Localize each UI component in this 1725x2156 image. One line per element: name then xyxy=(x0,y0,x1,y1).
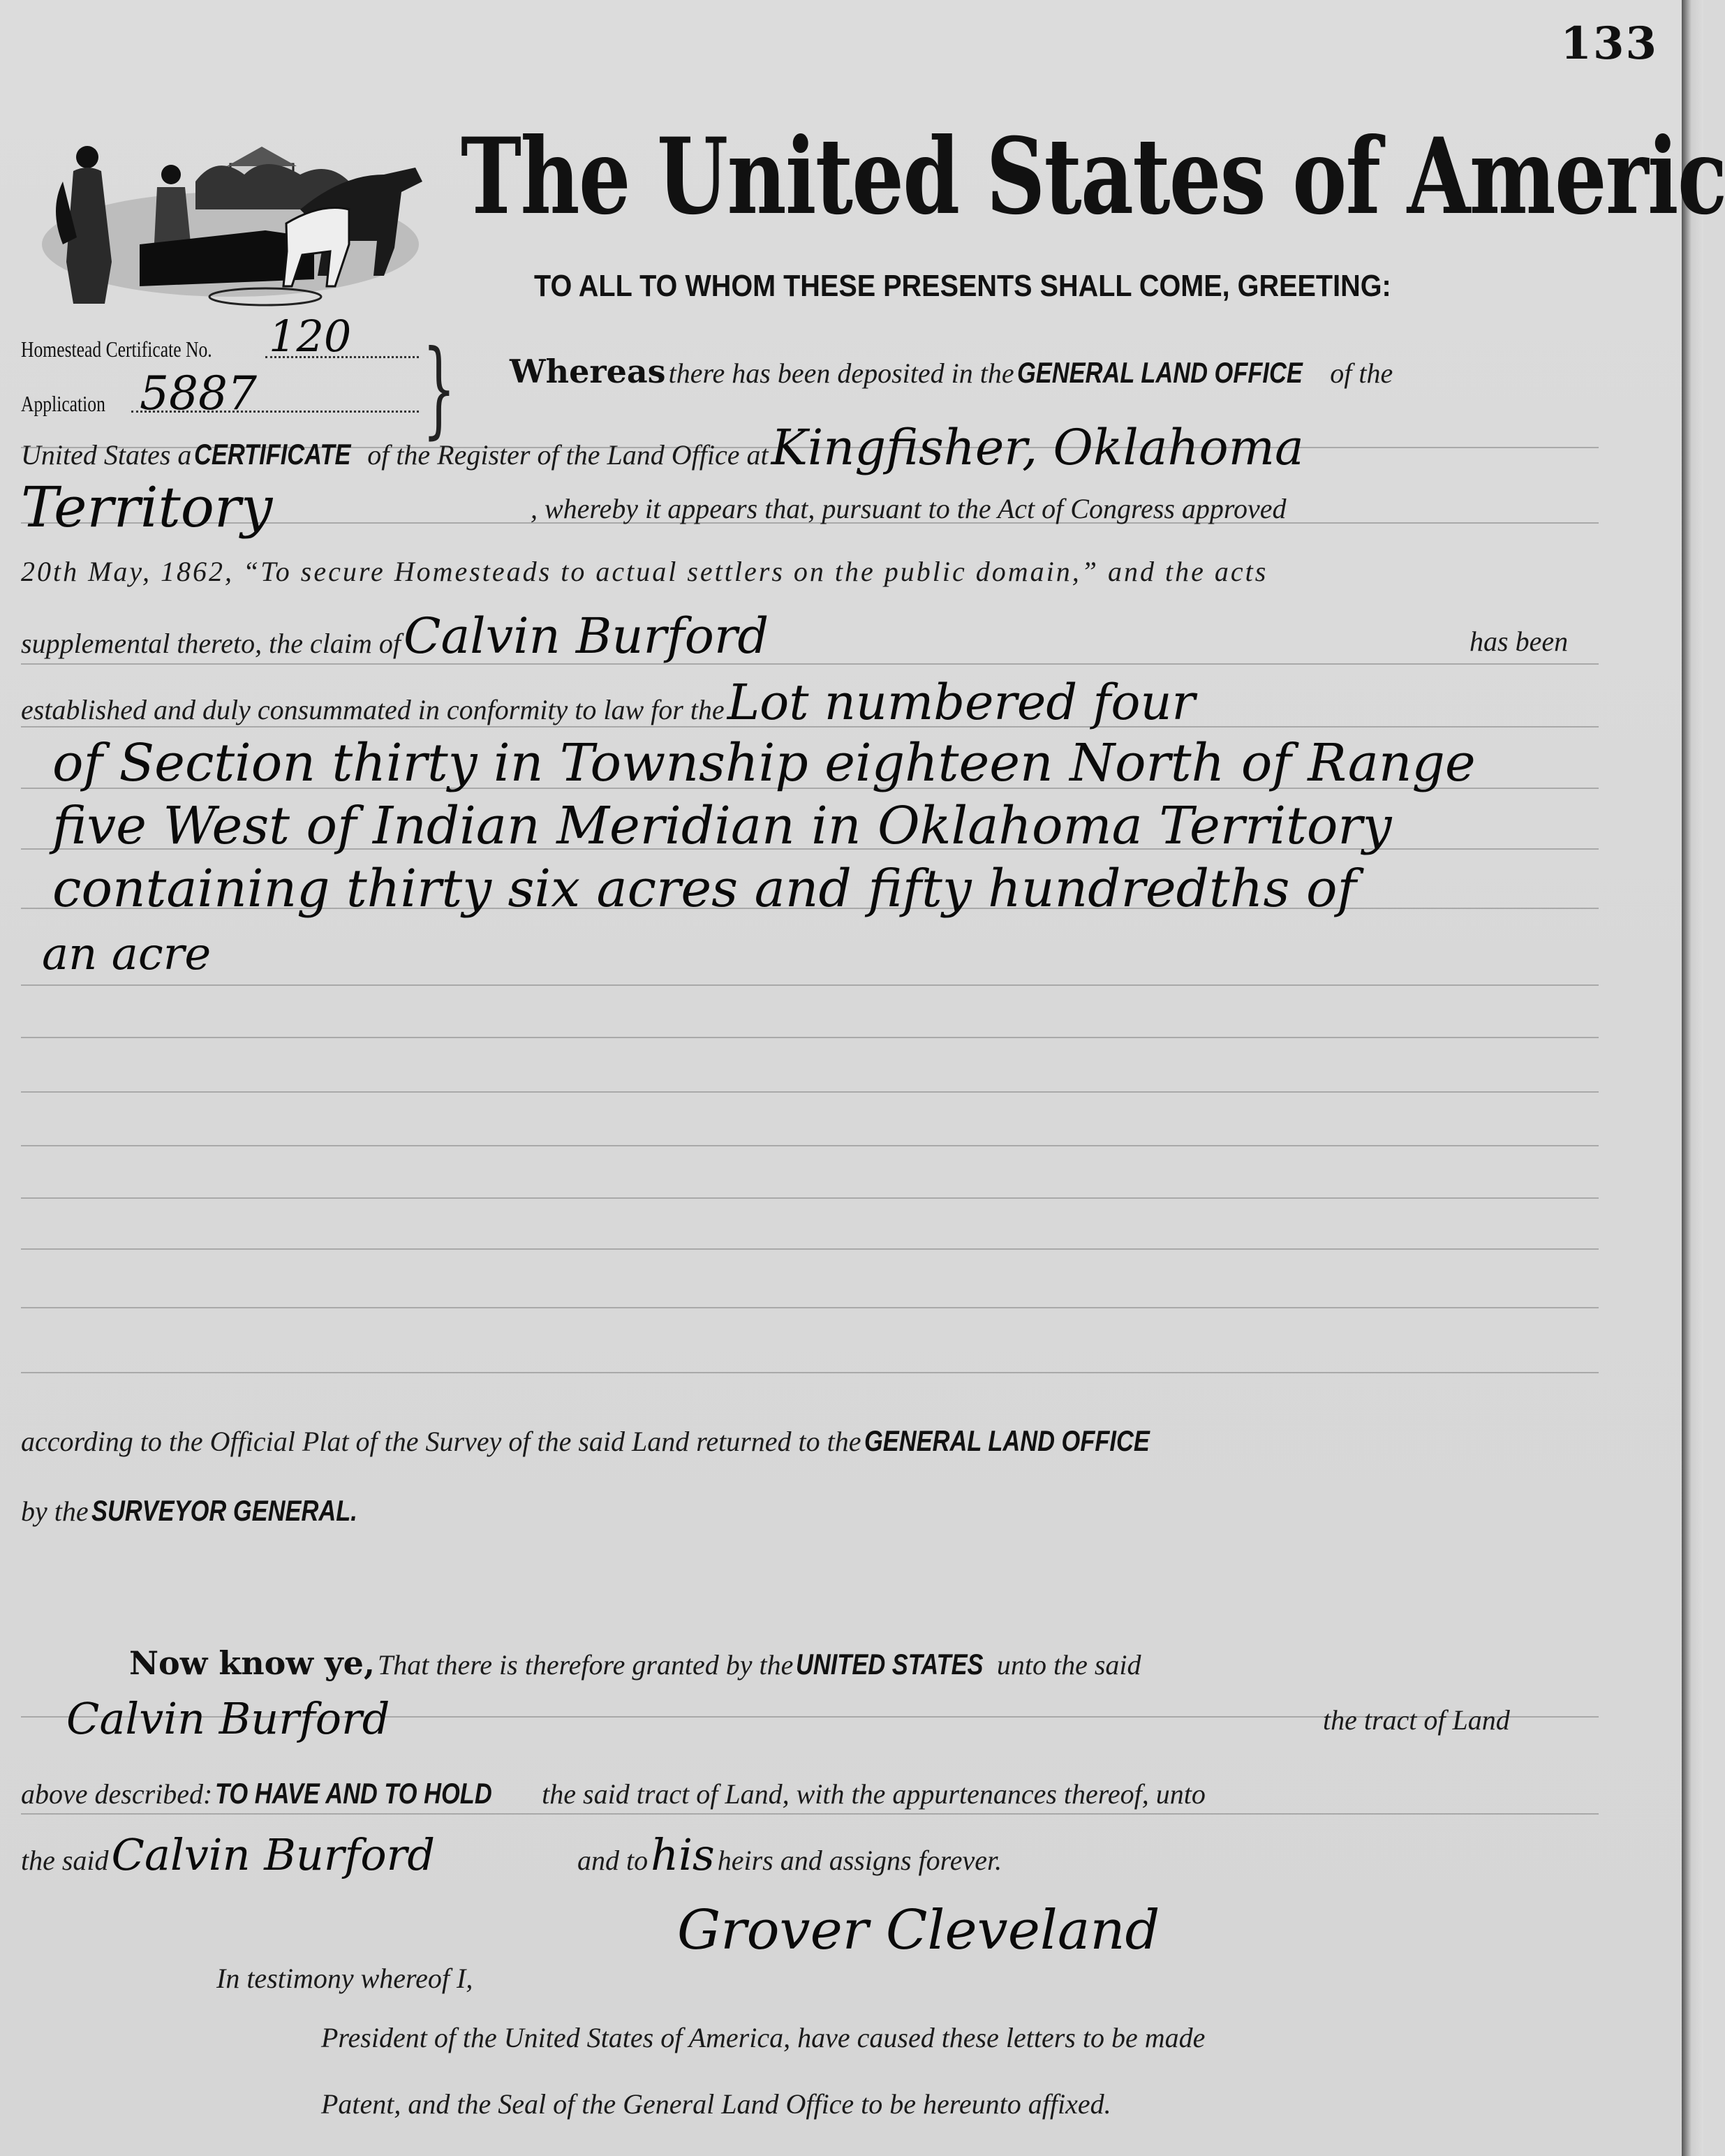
application-label: Application xyxy=(21,391,105,417)
ruled-line xyxy=(21,1248,1599,1250)
ruled-line xyxy=(21,1307,1599,1308)
ruled-line xyxy=(21,1372,1599,1373)
tract-of-land-text: the tract of Land xyxy=(1323,1704,1510,1736)
surveyor-line: by the SURVEYOR GENERAL. xyxy=(21,1494,415,1528)
pronoun-handwritten: his xyxy=(651,1829,715,1880)
page-number: 133 xyxy=(1560,17,1658,70)
land-description-line-2: five West of Indian Meridian in Oklahoma… xyxy=(52,796,1392,856)
body-line-6: established and duly consummated in conf… xyxy=(21,674,1195,731)
now-know-ye: Now know ye, xyxy=(129,1644,375,1682)
grant-line-3: above described: TO HAVE AND TO HOLD the… xyxy=(21,1777,1206,1810)
grantee-name: Calvin Burford xyxy=(66,1693,390,1744)
land-description-line-4: an acre xyxy=(42,929,211,980)
ruled-line xyxy=(21,1813,1599,1815)
president-signature: Grover Cleveland xyxy=(677,1899,1160,1962)
body-line-5: supplemental thereto, the claim of Calvi… xyxy=(21,607,769,665)
has-been-text: has been xyxy=(1469,625,1568,658)
testimony-text: In testimony whereof I, xyxy=(216,1962,473,1995)
claimant-name: Calvin Burford xyxy=(404,607,769,665)
survey-line: according to the Official Plat of the Su… xyxy=(21,1424,1212,1458)
document-title: The United States of America, xyxy=(461,115,1725,238)
ruled-line xyxy=(21,1037,1599,1038)
ruled-line xyxy=(21,1197,1599,1199)
homestead-certificate-number: 120 xyxy=(269,311,351,362)
land-description-line-1: of Section thirty in Township eighteen N… xyxy=(52,733,1476,793)
territory-handwritten: Territory xyxy=(21,475,272,540)
whereas-line: Whereas there has been deposited in the … xyxy=(510,353,1393,390)
ruled-line xyxy=(21,984,1599,986)
farm-scene-engraving-icon xyxy=(21,126,426,307)
body-line-2: United States a CERTIFICATE of the Regis… xyxy=(21,419,1304,476)
testimony-line-2: President of the United States of Americ… xyxy=(321,2021,1205,2054)
grant-line-1: Now know ye, That there is therefore gra… xyxy=(129,1644,1141,1682)
body-line-3: , whereby it appears that, pursuant to t… xyxy=(531,492,1287,525)
land-office-location: Kingfisher, Oklahoma xyxy=(771,419,1304,476)
document-page: 133 The United States of America, TO ALL… xyxy=(0,0,1703,2156)
land-description-line-3: containing thirty six acres and fifty hu… xyxy=(52,859,1356,919)
body-line-4: 20th May, 1862, “To secure Homesteads to… xyxy=(21,555,1268,588)
greeting-line: TO ALL TO WHOM THESE PRESENTS SHALL COME… xyxy=(534,269,1391,304)
ruled-line xyxy=(21,1091,1599,1093)
testimony-line-3: Patent, and the Seal of the General Land… xyxy=(321,2088,1111,2120)
grantee-name-2: Calvin Burford xyxy=(112,1829,435,1880)
whereas-word: Whereas xyxy=(510,353,666,390)
grant-line-4: the said Calvin Burford and to his heirs… xyxy=(21,1829,1002,1880)
lot-description: Lot numbered four xyxy=(727,674,1195,731)
homestead-certificate-label: Homestead Certificate No. xyxy=(21,337,212,362)
page-edge xyxy=(1682,0,1703,2156)
application-number: 5887 xyxy=(140,367,257,420)
ruled-line xyxy=(21,1145,1599,1146)
